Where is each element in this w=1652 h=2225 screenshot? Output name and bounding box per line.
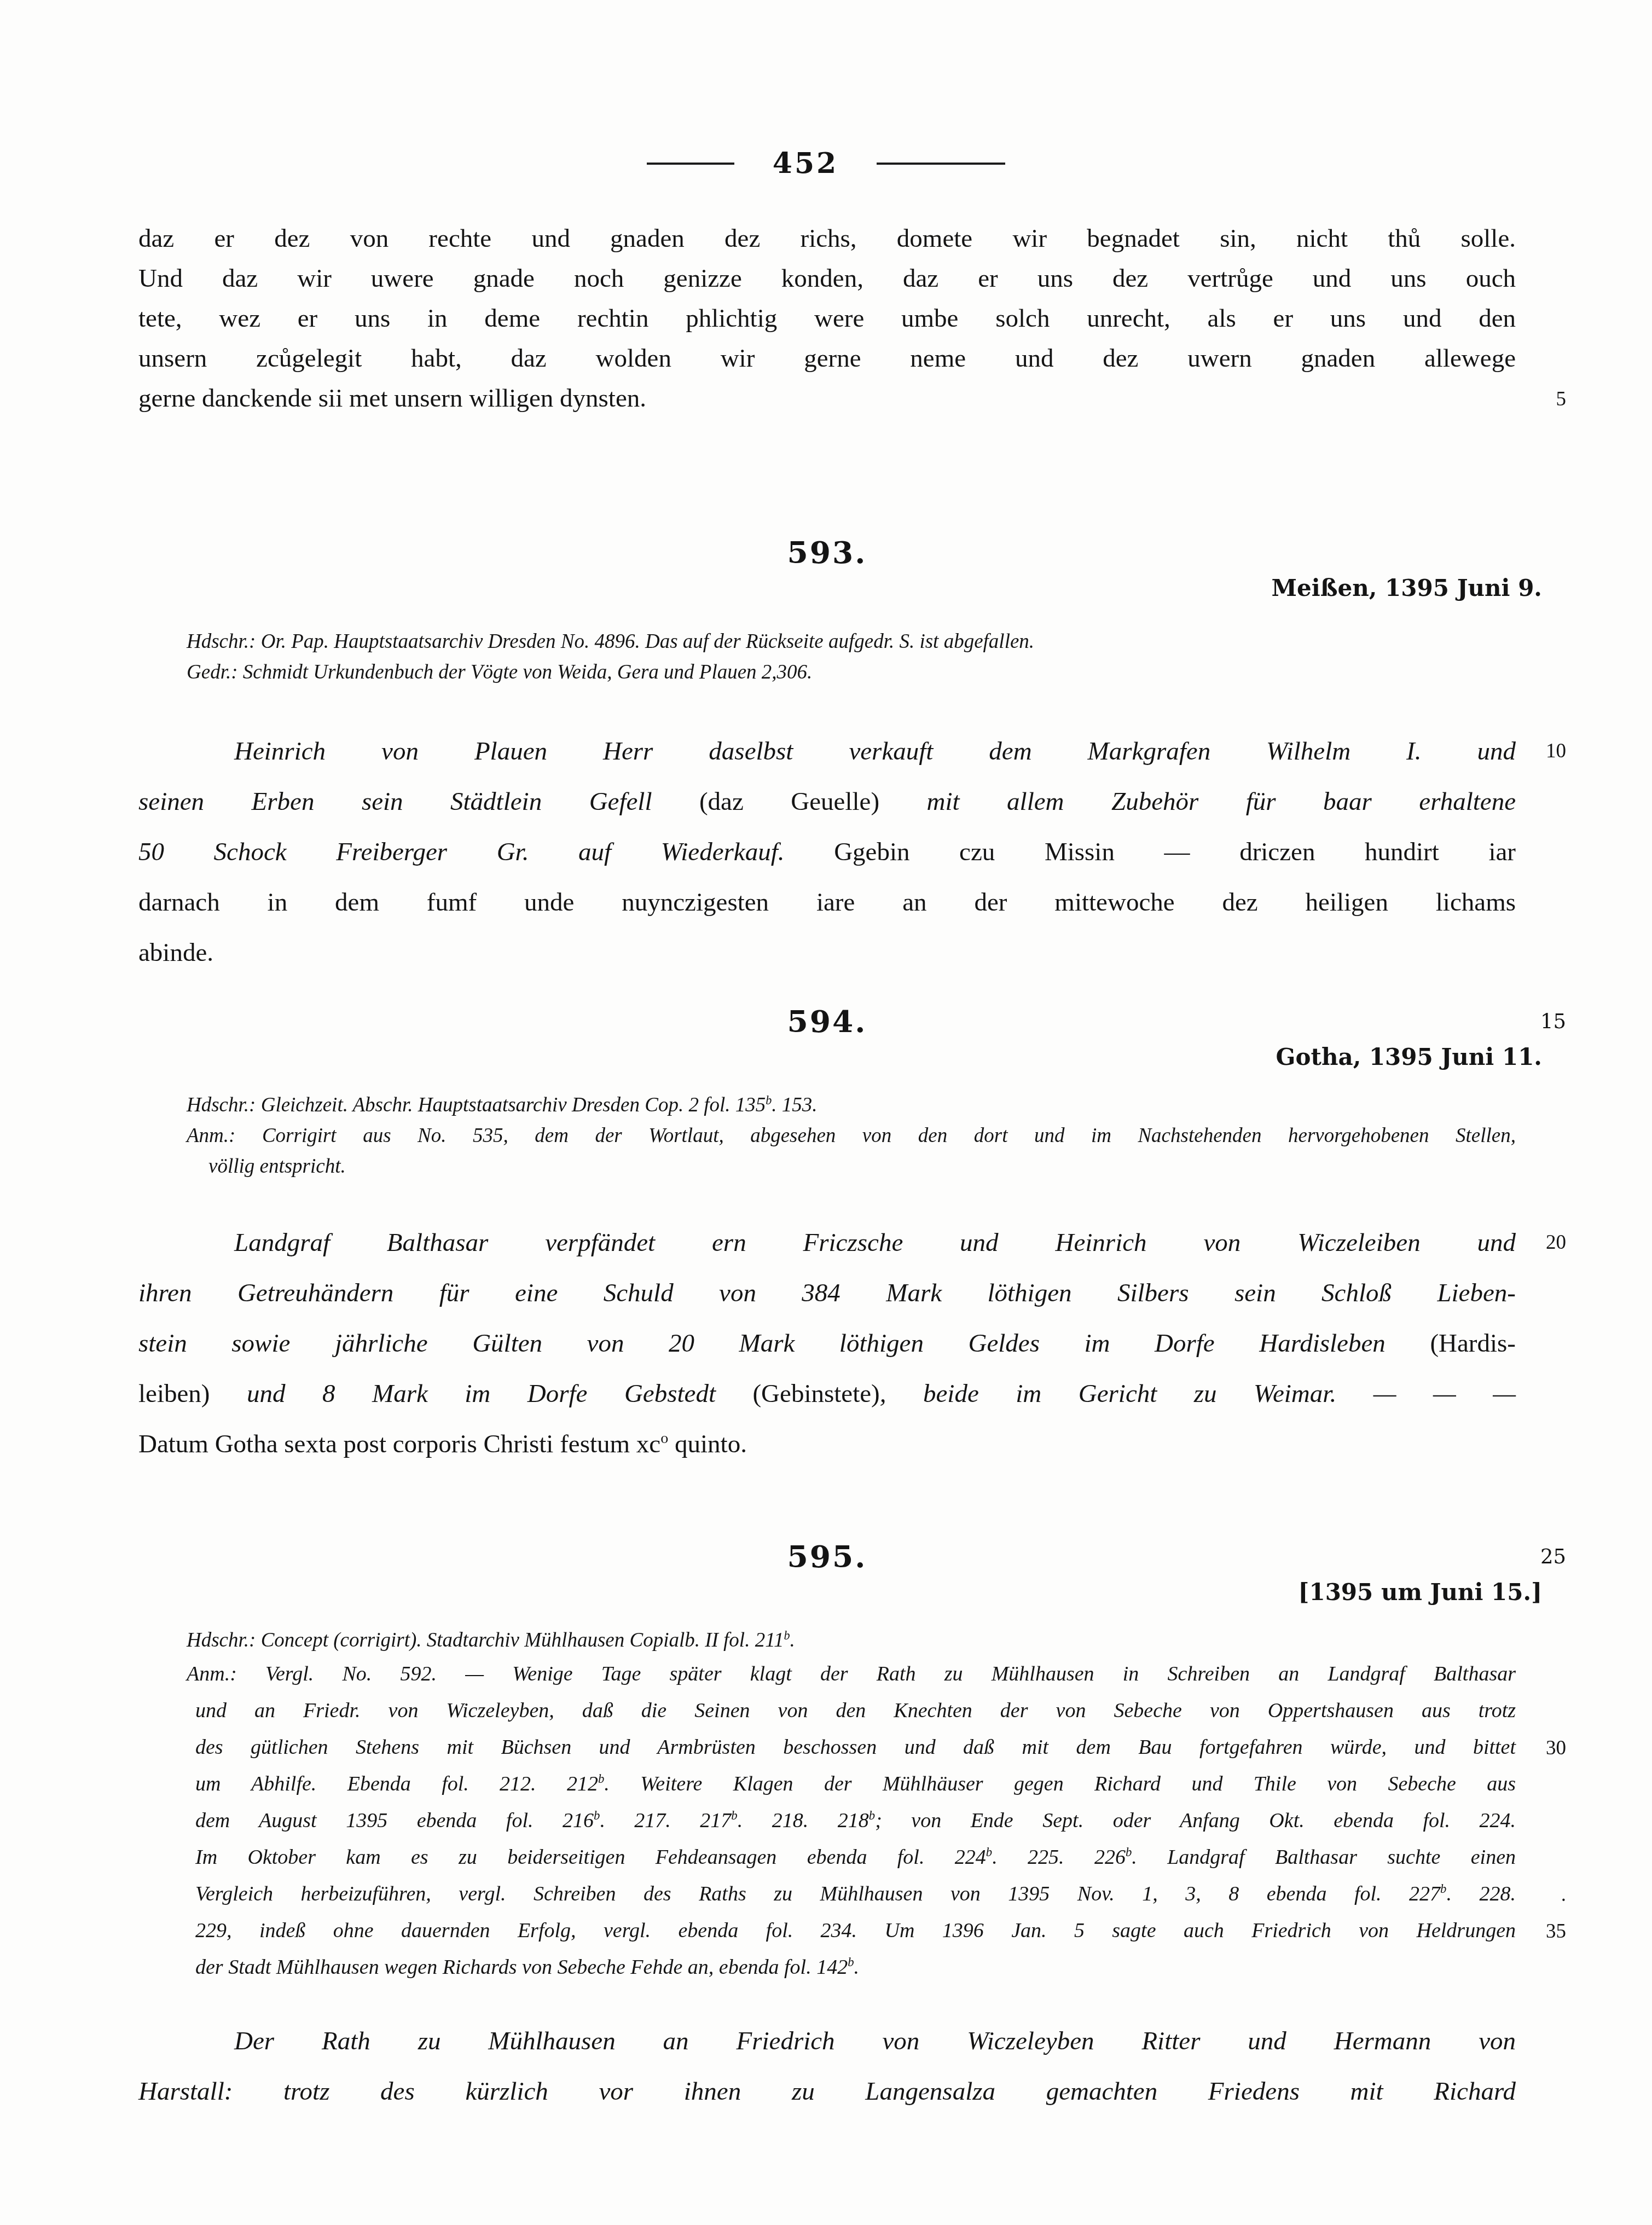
text-line: daz er dez von rechte und gnaden dez ric… [138,219,1516,259]
summary-line: ihren Getreuhändern für eine Schuld von … [138,1268,1516,1318]
source-notes: Hdschr.: Gleichzeit. Abschr. Hauptstaats… [138,1090,1516,1182]
source-note-line: Hdschr.: Or. Pap. Hauptstaatsarchiv Dres… [187,627,1516,657]
source-note-label: Anm.: [187,1125,235,1147]
summary-line: Datum Gotha sexta post corporis Christi … [138,1419,1516,1469]
summary-line: darnach in dem fumf unde nuynczigesten i… [138,877,1516,928]
book-page: 452 daz er dez von rechte und gnaden dez… [0,0,1652,2225]
text-line: tete, wez er uns in deme rechtin phlicht… [138,299,1516,339]
entry-summary: Heinrich von Plauen Herr daselbst verkau… [138,726,1516,978]
source-note-label: Hdschr.: [187,630,256,653]
margin-line-number: 20 [1546,1218,1566,1268]
source-note-line: völlig entspricht. [187,1151,1516,1182]
entry-number: 594. [787,1004,867,1039]
source-notes: Hdschr.: Or. Pap. Hauptstaatsarchiv Dres… [138,627,1516,688]
text-column: daz er dez von rechte und gnaden dez ric… [138,219,1516,2117]
summary-line: Harstall: trotz des kürzlich vor ihnen z… [138,2066,1516,2117]
summary-line: leiben) und 8 Mark im Dorfe Gebstedt (Ge… [138,1369,1516,1419]
annotation-line: 229, indeß ohne dauernden Erfolg, vergl.… [187,1913,1516,1949]
page-number: 452 [773,147,839,181]
source-note-line: Anm.: Corrigirt aus No. 535, dem der Wor… [187,1121,1516,1151]
annotation-line: Im Oktober kam es zu beiderseitigen Fehd… [187,1839,1516,1876]
entry-summary: Landgraf Balthasar verpfändet ern Friczs… [138,1218,1516,1469]
entry-date: [1395 um Juni 15.] [138,1576,1542,1609]
entry-date: Gotha, 1395 Juni 11. [138,1041,1542,1074]
margin-line-number: 15 [1540,1003,1566,1041]
summary-line: 50 Schock Freiberger Gr. auf Wiederkauf.… [138,827,1516,877]
source-notes: Hdschr.: Concept (corrigirt). Stadtarchi… [138,1625,1516,1986]
text-line: Und daz wir uwere gnade noch genizze kon… [138,259,1516,299]
entry-594: 594. 15 Gotha, 1395 Juni 11. Hdschr.: Gl… [138,1003,1516,1469]
page-header: 452 [0,0,1652,181]
entry-number: 595. [787,1539,867,1574]
source-note-label: Gedr.: [187,661,238,683]
summary-line: seinen Erben sein Städtlein Gefell (daz … [138,777,1516,827]
entry-number: 593. [787,535,867,570]
margin-line-number: 10 [1546,726,1566,777]
margin-line-number: 5 [1556,379,1567,419]
annotation-line: des gütlichen Stehens mit Büchsen und Ar… [187,1729,1516,1766]
annotation-line: dem August 1395 ebenda fol. 216b. 217. 2… [187,1803,1516,1839]
continuation-paragraph: daz er dez von rechte und gnaden dez ric… [138,219,1516,419]
annotation-label: Anm.: [187,1662,237,1685]
text-line: gerne danckende sii met unsern willigen … [138,379,1516,419]
margin-ink-dot: . [1561,1876,1566,1913]
source-note-line: Hdschr.: Concept (corrigirt). Stadtarchi… [187,1625,1516,1656]
entry-595: 595. 25 [1395 um Juni 15.] Hdschr.: Conc… [138,1538,1516,2117]
margin-line-number: 25 [1540,1538,1566,1576]
summary-line: Der Rath zu Mühlhausen an Friedrich von … [138,2016,1516,2066]
text-line: unsern zcůgelegit habt, daz wolden wir g… [138,339,1516,379]
margin-line-number: 35 [1546,1913,1566,1949]
annotation-line: der Stadt Mühlhausen wegen Richards von … [187,1949,1516,1986]
annotation-line: Anm.: Vergl. No. 592. — Wenige Tage spät… [187,1656,1516,1693]
entry-date: Meißen, 1395 Juni 9. [138,572,1542,605]
margin-line-number: 30 [1546,1729,1566,1766]
source-note-line: Gedr.: Schmidt Urkundenbuch der Vögte vo… [187,657,1516,688]
entry-number-row: 594. 15 [138,1003,1516,1041]
annotation-line: und an Friedr. von Wiczeleyben, daß die … [187,1693,1516,1729]
summary-line: stein sowie jährliche Gülten von 20 Mark… [138,1318,1516,1369]
entry-593: 593. Meißen, 1395 Juni 9. Hdschr.: Or. P… [138,534,1516,978]
source-note-label: Hdschr.: [187,1629,256,1652]
entry-summary: Der Rath zu Mühlhausen an Friedrich von … [138,2016,1516,2117]
header-rule-right [877,163,1005,165]
entry-number-row: 595. 25 [138,1538,1516,1576]
summary-line: Heinrich von Plauen Herr daselbst verkau… [138,726,1516,777]
summary-line: abinde. [138,928,1516,978]
source-note-line: Hdschr.: Gleichzeit. Abschr. Hauptstaats… [187,1090,1516,1121]
entry-number-row: 593. [138,534,1516,572]
source-note-label: Hdschr.: [187,1094,256,1116]
header-rule-left [647,163,734,165]
annotation-line: Vergleich herbeizuführen, vergl. Schreib… [187,1876,1516,1913]
summary-line: Landgraf Balthasar verpfändet ern Friczs… [138,1218,1516,1268]
annotation-line: um Abhilfe. Ebenda fol. 212. 212b. Weite… [187,1766,1516,1803]
